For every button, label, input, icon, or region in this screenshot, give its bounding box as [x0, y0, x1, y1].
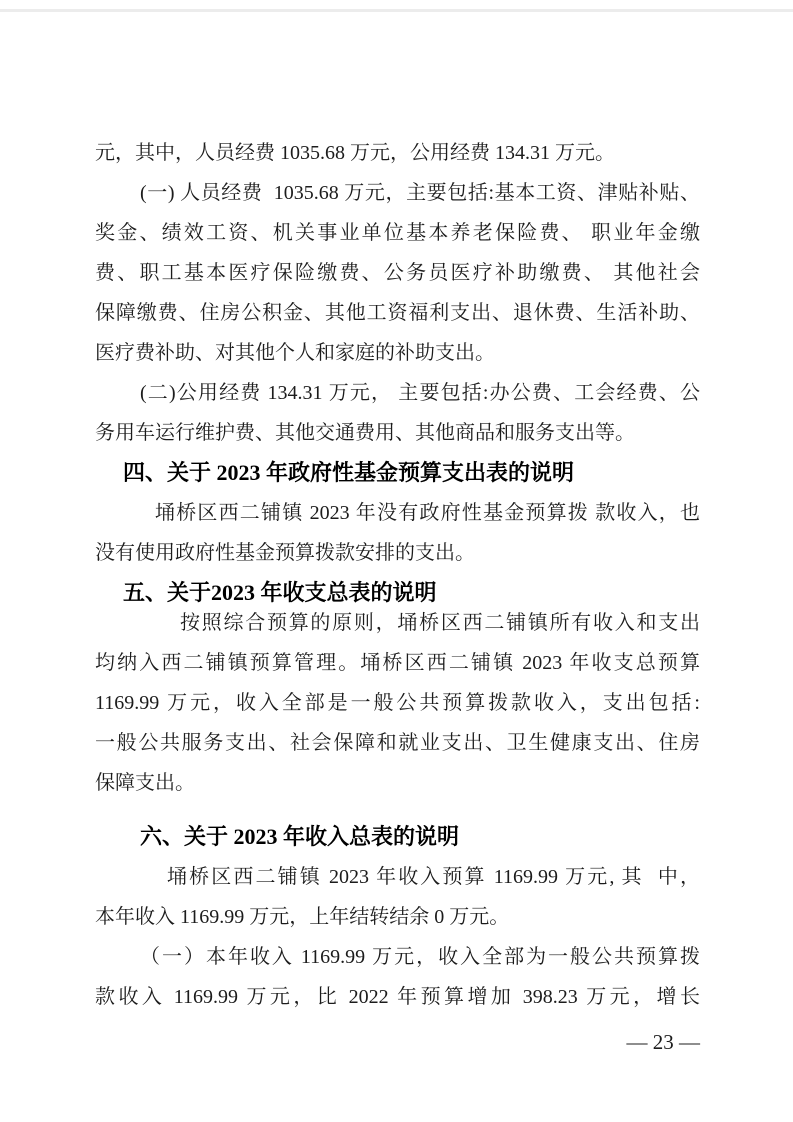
- text-line: 按照综合预算的原则，埇桥区西二铺镇所有收入和支出: [95, 603, 700, 643]
- text-line: (二)公用经费 134.31 万元， 主要包括:办公费、工会经费、公: [95, 373, 700, 413]
- paragraph: 埇桥区西二铺镇 2023 年收入预算 1169.99 万元, 其 中，本年收入 …: [95, 857, 700, 937]
- text-line: 本年收入 1169.99 万元，上年结转结余 0 万元。: [95, 897, 700, 937]
- text-line: 费、职工基本医疗保险缴费、公务员医疗补助缴费、 其他社会: [95, 253, 700, 293]
- paragraph: 按照综合预算的原则，埇桥区西二铺镇所有收入和支出均纳入西二铺镇预算管理。埇桥区西…: [95, 603, 700, 803]
- page-number: — 23 —: [627, 1030, 701, 1054]
- text-line: 四、关于 2023 年政府性基金预算支出表的说明: [95, 453, 700, 493]
- text-line: 款收入 1169.99 万元，比 2022 年预算增加 398.23 万元，增长: [95, 977, 700, 1017]
- text-line: 没有使用政府性基金预算拨款安排的支出。: [95, 533, 700, 573]
- text-line: 元，其中，人员经费 1035.68 万元，公用经费 134.31 万元。: [95, 133, 700, 173]
- text-line: 埇桥区西二铺镇 2023 年收入预算 1169.99 万元, 其 中，: [95, 857, 700, 897]
- section-heading: 四、关于 2023 年政府性基金预算支出表的说明: [95, 453, 700, 493]
- paragraph: (一) 人员经费 1035.68 万元，主要包括:基本工资、津贴补贴、奖金、绩效…: [95, 173, 700, 373]
- text-line: 医疗费补助、对其他个人和家庭的补助支出。: [95, 333, 700, 373]
- text-line: 六、关于 2023 年收入总表的说明: [95, 817, 700, 857]
- text-line: 埇桥区西二铺镇 2023 年没有政府性基金预算拨 款收入，也: [95, 493, 700, 533]
- paragraph: (二)公用经费 134.31 万元， 主要包括:办公费、工会经费、公务用车运行维…: [95, 373, 700, 453]
- document-body: 元，其中，人员经费 1035.68 万元，公用经费 134.31 万元。(一) …: [95, 0, 700, 1017]
- text-line: 务用车运行维护费、其他交通费用、其他商品和服务支出等。: [95, 413, 700, 453]
- text-line: 奖金、绩效工资、机关事业单位基本养老保险费、 职业年金缴: [95, 213, 700, 253]
- text-line: （一）本年收入 1169.99 万元，收入全部为一般公共预算拨: [95, 937, 700, 977]
- text-line: 一般公共服务支出、社会保障和就业支出、卫生健康支出、住房: [95, 723, 700, 763]
- text-line: (一) 人员经费 1035.68 万元，主要包括:基本工资、津贴补贴、: [95, 173, 700, 213]
- section-heading: 六、关于 2023 年收入总表的说明: [95, 817, 700, 857]
- paragraph: 元，其中，人员经费 1035.68 万元，公用经费 134.31 万元。: [95, 133, 700, 173]
- text-line: 均纳入西二铺镇预算管理。埇桥区西二铺镇 2023 年收支总预算: [95, 643, 700, 683]
- paragraph: 埇桥区西二铺镇 2023 年没有政府性基金预算拨 款收入，也没有使用政府性基金预…: [95, 493, 700, 573]
- text-line: 保障缴费、住房公积金、其他工资福利支出、退休费、生活补助、: [95, 293, 700, 333]
- text-line: 保障支出。: [95, 763, 700, 803]
- text-line: 1169.99 万元，收入全部是一般公共预算拨款收入，支出包括:: [95, 683, 700, 723]
- document-page: 元，其中，人员经费 1035.68 万元，公用经费 134.31 万元。(一) …: [0, 0, 793, 1122]
- paragraph: （一）本年收入 1169.99 万元，收入全部为一般公共预算拨款收入 1169.…: [95, 937, 700, 1017]
